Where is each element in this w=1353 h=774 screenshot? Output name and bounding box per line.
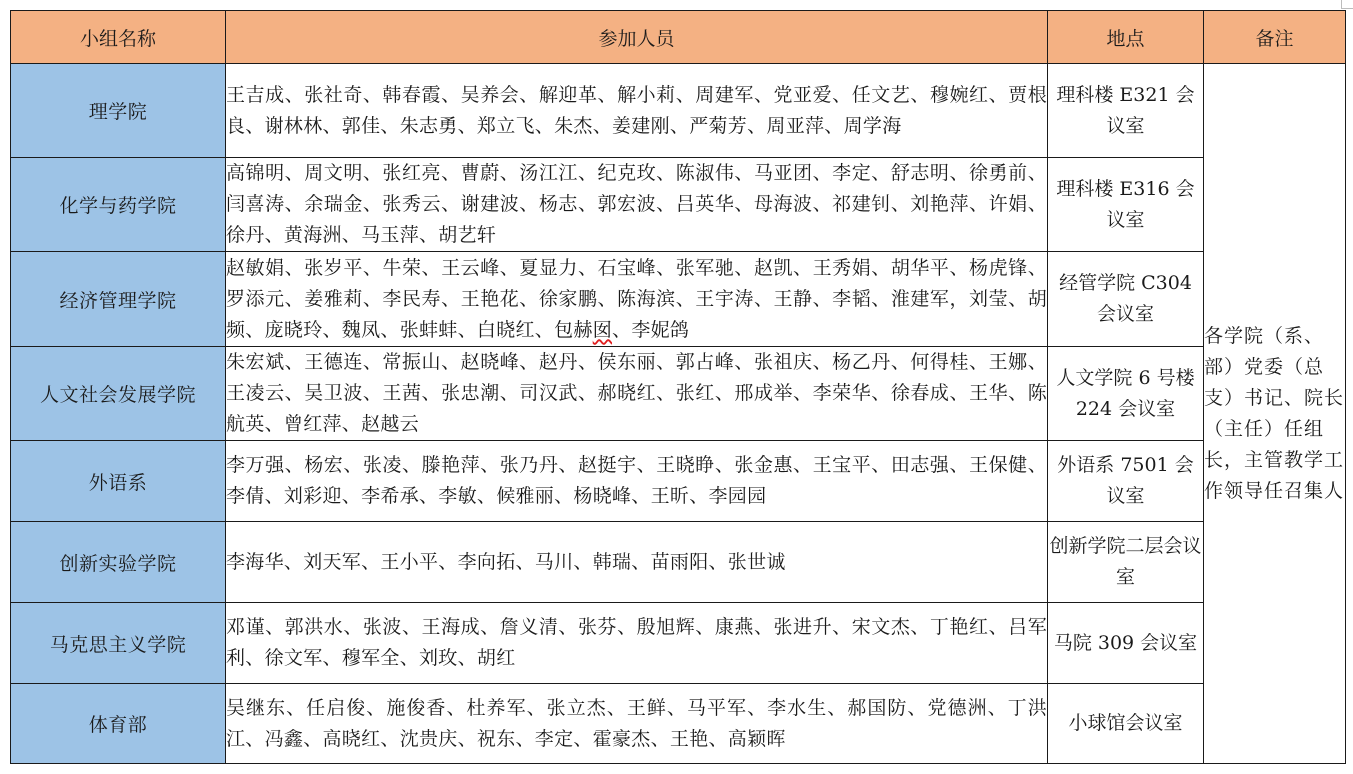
table-row: 马克思主义学院 邓谨、郭洪水、张波、王海成、詹义清、张芬、殷旭辉、康燕、张进升、…: [11, 603, 1346, 684]
members-cell: 吴继东、任启俊、施俊香、杜养军、张立杰、王鲜、马平军、李水生、郝国防、党德洲、丁…: [226, 684, 1048, 764]
group-name-cell: 人文社会发展学院: [11, 347, 226, 441]
header-row: 小组名称 参加人员 地点 备注: [11, 11, 1346, 64]
table-row: 创新实验学院 李海华、刘天军、王小平、李向拓、马川、韩瑞、苗雨阳、张世诚 创新学…: [11, 522, 1346, 603]
group-name-cell: 创新实验学院: [11, 522, 226, 603]
remark-cell: 各学院（系、部）党委（总支）书记、院长（主任）任组长，主管教学工作领导任召集人: [1204, 64, 1346, 764]
table-row: 经济管理学院 赵敏娟、张岁平、牛荣、王云峰、夏显力、石宝峰、张军驰、赵凯、王秀娟…: [11, 252, 1346, 347]
members-text: 、李妮鸽: [612, 319, 689, 341]
location-cell: 马院 309 会议室: [1048, 603, 1204, 684]
location-cell: 理科楼 E316 会议室: [1048, 158, 1204, 252]
members-cell: 赵敏娟、张岁平、牛荣、王云峰、夏显力、石宝峰、张军驰、赵凯、王秀娟、胡华平、杨虎…: [226, 252, 1048, 347]
location-cell: 理科楼 E321 会议室: [1048, 64, 1204, 158]
header-remark: 备注: [1204, 11, 1346, 64]
header-members: 参加人员: [226, 11, 1048, 64]
location-cell: 创新学院二层会议室: [1048, 522, 1204, 603]
header-location: 地点: [1048, 11, 1204, 64]
location-cell: 外语系 7501 会议室: [1048, 441, 1204, 522]
group-name-cell: 经济管理学院: [11, 252, 226, 347]
members-cell: 朱宏斌、王德连、常振山、赵晓峰、赵丹、侯东丽、郭占峰、张祖庆、杨乙丹、何得桂、王…: [226, 347, 1048, 441]
location-cell: 经管学院 C304 会议室: [1048, 252, 1204, 347]
table-row: 体育部 吴继东、任启俊、施俊香、杜养军、张立杰、王鲜、马平军、李水生、郝国防、党…: [11, 684, 1346, 764]
group-schedule-table: 小组名称 参加人员 地点 备注 理学院 王吉成、张社奇、韩春霞、吴养会、解迎革、…: [10, 10, 1346, 764]
members-cell: 高锦明、周文明、张红亮、曹蔚、汤江江、纪克玫、陈淑伟、马亚团、李定、舒志明、徐勇…: [226, 158, 1048, 252]
members-cell: 李万强、杨宏、张凌、滕艳萍、张乃丹、赵挺宇、王晓睁、张金惠、王宝平、田志强、王保…: [226, 441, 1048, 522]
members-cell: 王吉成、张社奇、韩春霞、吴养会、解迎革、解小莉、周建军、党亚爱、任文艺、穆婉红、…: [226, 64, 1048, 158]
table-row: 理学院 王吉成、张社奇、韩春霞、吴养会、解迎革、解小莉、周建军、党亚爱、任文艺、…: [11, 64, 1346, 158]
group-name-cell: 理学院: [11, 64, 226, 158]
members-cell: 李海华、刘天军、王小平、李向拓、马川、韩瑞、苗雨阳、张世诚: [226, 522, 1048, 603]
group-name-cell: 体育部: [11, 684, 226, 764]
group-name-cell: 马克思主义学院: [11, 603, 226, 684]
table-row: 化学与药学院 高锦明、周文明、张红亮、曹蔚、汤江江、纪克玫、陈淑伟、马亚团、李定…: [11, 158, 1346, 252]
table-row: 外语系 李万强、杨宏、张凌、滕艳萍、张乃丹、赵挺宇、王晓睁、张金惠、王宝平、田志…: [11, 441, 1346, 522]
location-cell: 小球馆会议室: [1048, 684, 1204, 764]
group-name-cell: 化学与药学院: [11, 158, 226, 252]
members-cell: 邓谨、郭洪水、张波、王海成、詹义清、张芬、殷旭辉、康燕、张进升、宋文杰、丁艳红、…: [226, 603, 1048, 684]
page-corner-mark: [1341, 0, 1353, 9]
group-name-cell: 外语系: [11, 441, 226, 522]
header-group-name: 小组名称: [11, 11, 226, 64]
table-row: 人文社会发展学院 朱宏斌、王德连、常振山、赵晓峰、赵丹、侯东丽、郭占峰、张祖庆、…: [11, 347, 1346, 441]
spellcheck-flagged-word[interactable]: 囡: [593, 319, 612, 341]
location-cell: 人文学院 6 号楼 224 会议室: [1048, 347, 1204, 441]
